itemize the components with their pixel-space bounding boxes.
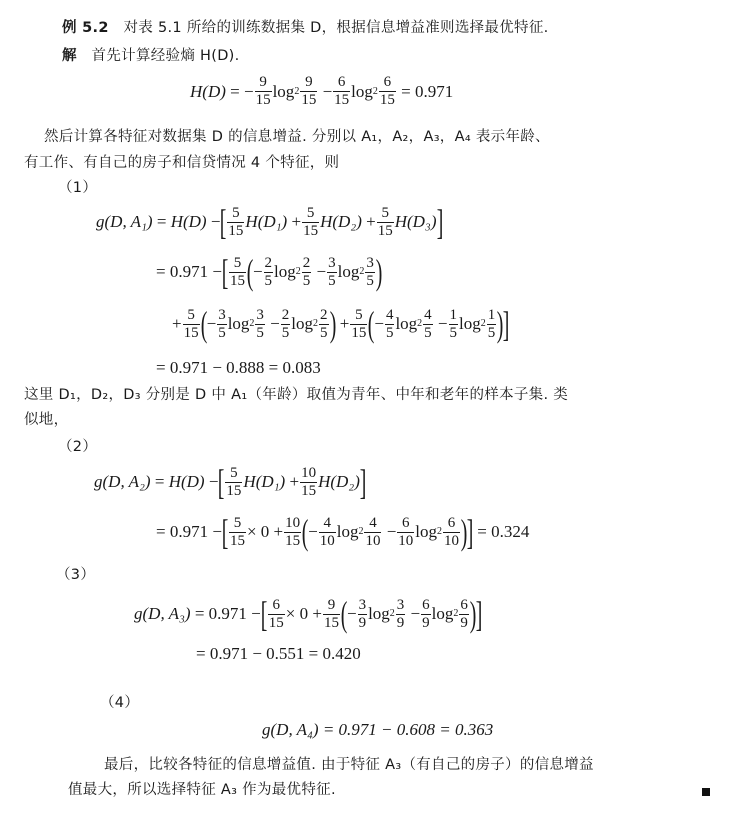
gain-a4-equation: g(D, A₄) = 0.971 − 0.608 = 0.363 (262, 720, 493, 740)
paragraph-2-line-1: 这里 D₁，D₂，D₃ 分别是 D 中 A₁（年龄）取值为青年、中年和老年的样本… (24, 385, 568, 405)
gain-a2-equation: g(D, A₂) = H(D) − [ 515 H(D₁) + 1015 H(D… (94, 464, 366, 500)
fraction: 915 (255, 74, 272, 109)
step-3-label: （3） (56, 565, 95, 585)
gain-a3-equation: g(D, A₃) = 0.971 − [ 615 × 0 + 915 (− 39… (134, 596, 482, 632)
conclusion-line-2: 值最大，所以选择特征 A₃ 作为最优特征. (68, 780, 336, 800)
example-statement: 对表 5.1 所给的训练数据集 D，根据信息增益准则选择最优特征. (123, 20, 548, 36)
example-statement-line: 例 5.2 对表 5.1 所给的训练数据集 D，根据信息增益准则选择最优特征. (62, 18, 549, 38)
gain-a1-result: = 0.971 − 0.888 = 0.083 (156, 358, 321, 378)
example-label: 例 5.2 (62, 20, 109, 36)
gain-a2-expansion: = 0.971 − [ 515 × 0 + 1015 (− 410 log2 4… (156, 514, 529, 550)
qed-square-icon (702, 788, 710, 796)
entropy-lhs: H(D) (190, 82, 226, 102)
gain-a3-result: = 0.971 − 0.551 = 0.420 (196, 644, 361, 664)
entropy-result: 0.971 (415, 82, 453, 102)
step-4-label: （4） (100, 693, 139, 713)
gain-a1-expansion-1: = 0.971 − [ 515 (− 25 log2 25 − 35 log2 … (156, 254, 382, 290)
gain-a1-equation: g(D, A₁) = H(D) − [ 515 H(D₁) + 515 H(D₂… (96, 204, 443, 240)
fraction: 615 (379, 74, 396, 109)
paragraph-1-line-1: 然后计算各特征对数据集 D 的信息增益. 分别以 A₁，A₂，A₃，A₄ 表示年… (44, 127, 550, 147)
fraction: 615 (333, 74, 350, 109)
conclusion-line-1: 最后，比较各特征的信息增益值. 由于特征 A₃（有自己的房子）的信息增益 (104, 755, 594, 775)
solution-intro: 首先计算经验熵 H(D). (92, 48, 240, 64)
solution-label: 解 (62, 48, 77, 64)
paragraph-2-line-2: 似地， (24, 410, 68, 430)
paragraph-1-line-2: 有工作、有自己的房子和信贷情况 4 个特征，则 (24, 153, 339, 173)
solution-intro-line: 解 首先计算经验熵 H(D). (62, 46, 240, 66)
entropy-equation: H(D) = − 915 log2 915 − 615 log2 615 = 0… (190, 74, 453, 109)
gain-a1-expansion-2: + 515 (− 35 log2 35 − 25 log2 25 ) + 515… (172, 306, 509, 342)
fraction: 915 (300, 74, 317, 109)
step-1-label: （1） (58, 178, 97, 198)
step-2-label: （2） (58, 437, 97, 457)
